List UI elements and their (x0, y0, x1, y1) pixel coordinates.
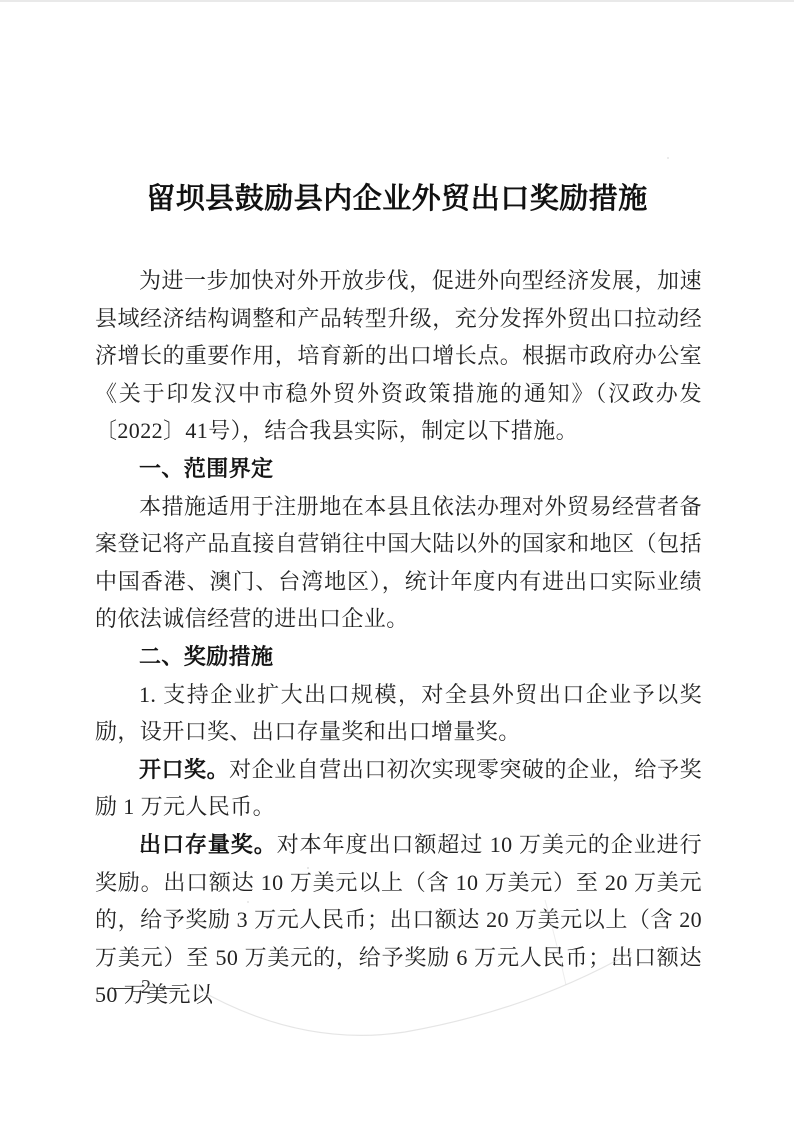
paragraph: 为进一步加快对外开放步伐，促进外向型经济发展，加速县域经济结构调整和产品转型升级… (95, 262, 702, 450)
text-segment: 为进一步加快对外开放步伐，促进外向型经济发展，加速县域经济结构调整和产品转型升级… (95, 268, 702, 443)
text-segment: 对本年度出口额超过 10 万美元的企业进行奖励。出口额达 10 万美元以上（含 … (95, 832, 702, 1007)
paragraph: 开口奖。对企业自营出口初次实现零突破的企业，给予奖励 1 万元人民币。 (95, 751, 702, 826)
text-segment: 一、范围界定 (139, 456, 273, 481)
paragraph: 本措施适用于注册地在本县且依法办理对外贸易经营者备案登记将产品直接自营销往中国大… (95, 488, 702, 638)
document-page: 留坝县鼓励县内企业外贸出口奖励措施 为进一步加快对外开放步伐，促进外向型经济发展… (0, 0, 794, 1122)
text-segment: 1. 支持企业扩大出口规模，对全县外贸出口企业予以奖励，设开口奖、出口存量奖和出… (95, 682, 702, 745)
text-segment: 出口存量奖。 (139, 832, 277, 857)
document-body: 为进一步加快对外开放步伐，促进外向型经济发展，加速县域经济结构调整和产品转型升级… (95, 262, 702, 1014)
section-heading: 一、范围界定 (95, 450, 702, 488)
section-heading: 二、奖励措施 (95, 638, 702, 676)
scan-edge-artifact (0, 0, 794, 2)
text-segment: 本措施适用于注册地在本县且依法办理对外贸易经营者备案登记将产品直接自营销往中国大… (95, 494, 702, 632)
paragraph: 出口存量奖。对本年度出口额超过 10 万美元的企业进行奖励。出口额达 10 万美… (95, 826, 702, 1014)
paragraph: 1. 支持企业扩大出口规模，对全县外贸出口企业予以奖励，设开口奖、出口存量奖和出… (95, 676, 702, 751)
document-title: 留坝县鼓励县内企业外贸出口奖励措施 (0, 176, 794, 217)
page-number: — 2 — (112, 976, 182, 999)
text-segment: 开口奖。 (139, 757, 229, 782)
text-segment: 二、奖励措施 (139, 644, 273, 669)
